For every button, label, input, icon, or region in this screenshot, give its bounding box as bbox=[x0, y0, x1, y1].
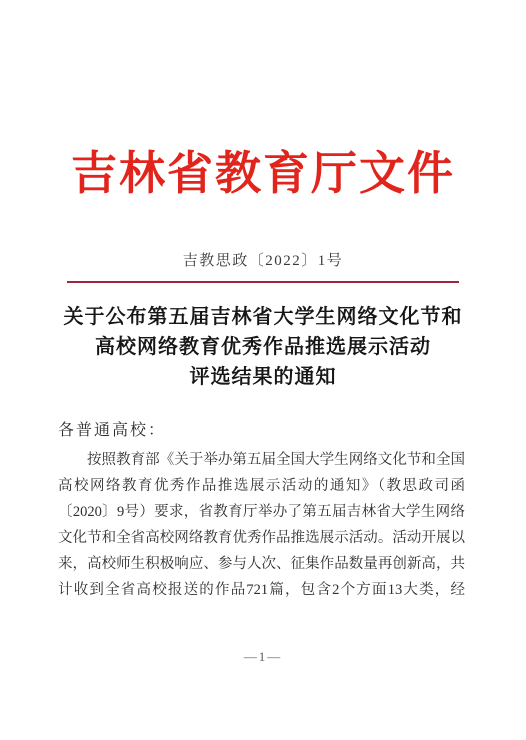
body-line: 高校网络教育优秀作品推选展示活动的通知》（教思政司函 bbox=[58, 473, 465, 499]
notice-title-line-3: 评选结果的通知 bbox=[0, 362, 526, 392]
notice-title: 关于公布第五届吉林省大学生网络文化节和 高校网络教育优秀作品推选展示活动 评选结… bbox=[0, 302, 526, 392]
body-line: 来，高校师生积极响应、参与人次、征集作品数量再创新高，共 bbox=[58, 551, 465, 577]
salutation: 各普通高校： bbox=[58, 420, 166, 442]
body-line: 文化节和全省高校网络教育优秀作品推选展示活动。活动开展以 bbox=[58, 525, 465, 551]
notice-title-line-1: 关于公布第五届吉林省大学生网络文化节和 bbox=[0, 302, 526, 332]
document-number: 吉教思政〔2022〕1号 bbox=[0, 251, 526, 271]
body-line: 按照教育部《关于举办第五届全国大学生网络文化节和全国 bbox=[58, 447, 465, 473]
red-separator-line bbox=[67, 281, 459, 283]
page-number: —1— bbox=[0, 648, 526, 666]
body-paragraph: 按照教育部《关于举办第五届全国大学生网络文化节和全国 高校网络教育优秀作品推选展… bbox=[58, 447, 465, 603]
department-header-title: 吉林省教育厅文件 bbox=[0, 144, 526, 204]
body-line: 计收到全省高校报送的作品721篇，包含2个方面13大类，经 bbox=[58, 577, 465, 603]
body-line: 〔2020〕9号）要求，省教育厅举办了第五届吉林省大学生网络 bbox=[58, 499, 465, 525]
notice-title-line-2: 高校网络教育优秀作品推选展示活动 bbox=[0, 332, 526, 362]
document-page: 吉林省教育厅文件 吉教思政〔2022〕1号 关于公布第五届吉林省大学生网络文化节… bbox=[0, 0, 526, 740]
